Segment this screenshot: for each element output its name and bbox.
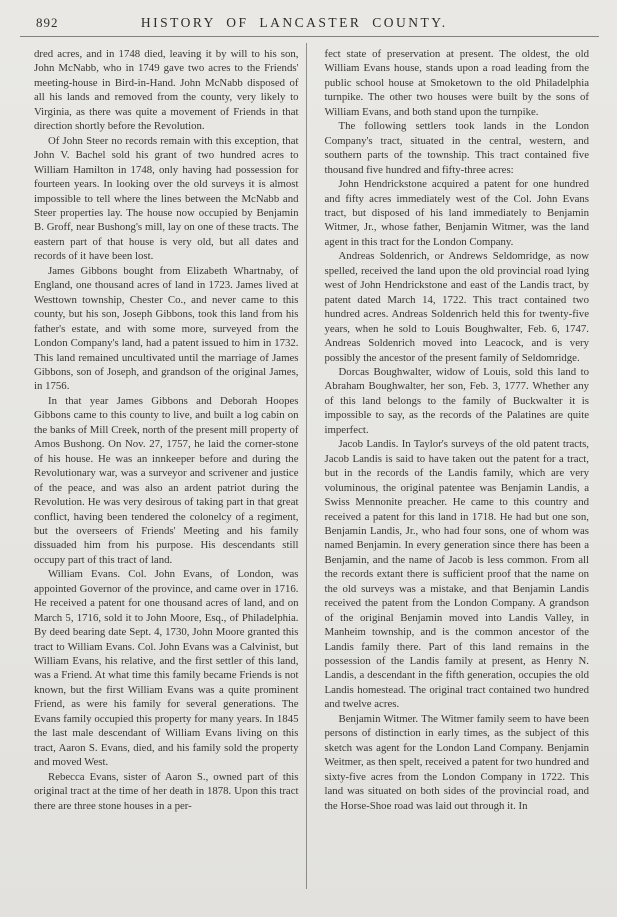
paragraph: dred acres, and in 1748 died, leaving it…: [34, 47, 299, 134]
paragraph: The following settlers took lands in the…: [325, 119, 590, 177]
paragraph: Andreas Soldenrich, or Andrews Seldomrid…: [325, 249, 590, 365]
paragraph: Benjamin Witmer. The Witmer family seem …: [325, 712, 590, 813]
paragraph: fect state of preservation at present. T…: [325, 47, 590, 119]
page-number: 892: [36, 15, 59, 31]
page-header: 892 HISTORY OF LANCASTER COUNTY.: [0, 0, 617, 31]
column-divider: [306, 43, 307, 889]
text-columns: dred acres, and in 1748 died, leaving it…: [0, 37, 617, 905]
page-title: HISTORY OF LANCASTER COUNTY.: [59, 15, 586, 31]
paragraph: In that year James Gibbons and Deborah H…: [34, 394, 299, 567]
left-column: dred acres, and in 1748 died, leaving it…: [34, 47, 312, 905]
book-page: 892 HISTORY OF LANCASTER COUNTY. dred ac…: [0, 0, 617, 917]
paragraph: James Gibbons bought from Elizabeth Whar…: [34, 264, 299, 394]
paragraph: John Hendrickstone acquired a patent for…: [325, 177, 590, 249]
right-column: fect state of preservation at present. T…: [312, 47, 590, 905]
paragraph: Jacob Landis. In Taylor's surveys of the…: [325, 437, 590, 712]
paragraph: Of John Steer no records remain with thi…: [34, 134, 299, 264]
paragraph: William Evans. Col. John Evans, of Londo…: [34, 567, 299, 769]
paragraph: Dorcas Boughwalter, widow of Louis, sold…: [325, 365, 590, 437]
paragraph: Rebecca Evans, sister of Aaron S., owned…: [34, 770, 299, 813]
